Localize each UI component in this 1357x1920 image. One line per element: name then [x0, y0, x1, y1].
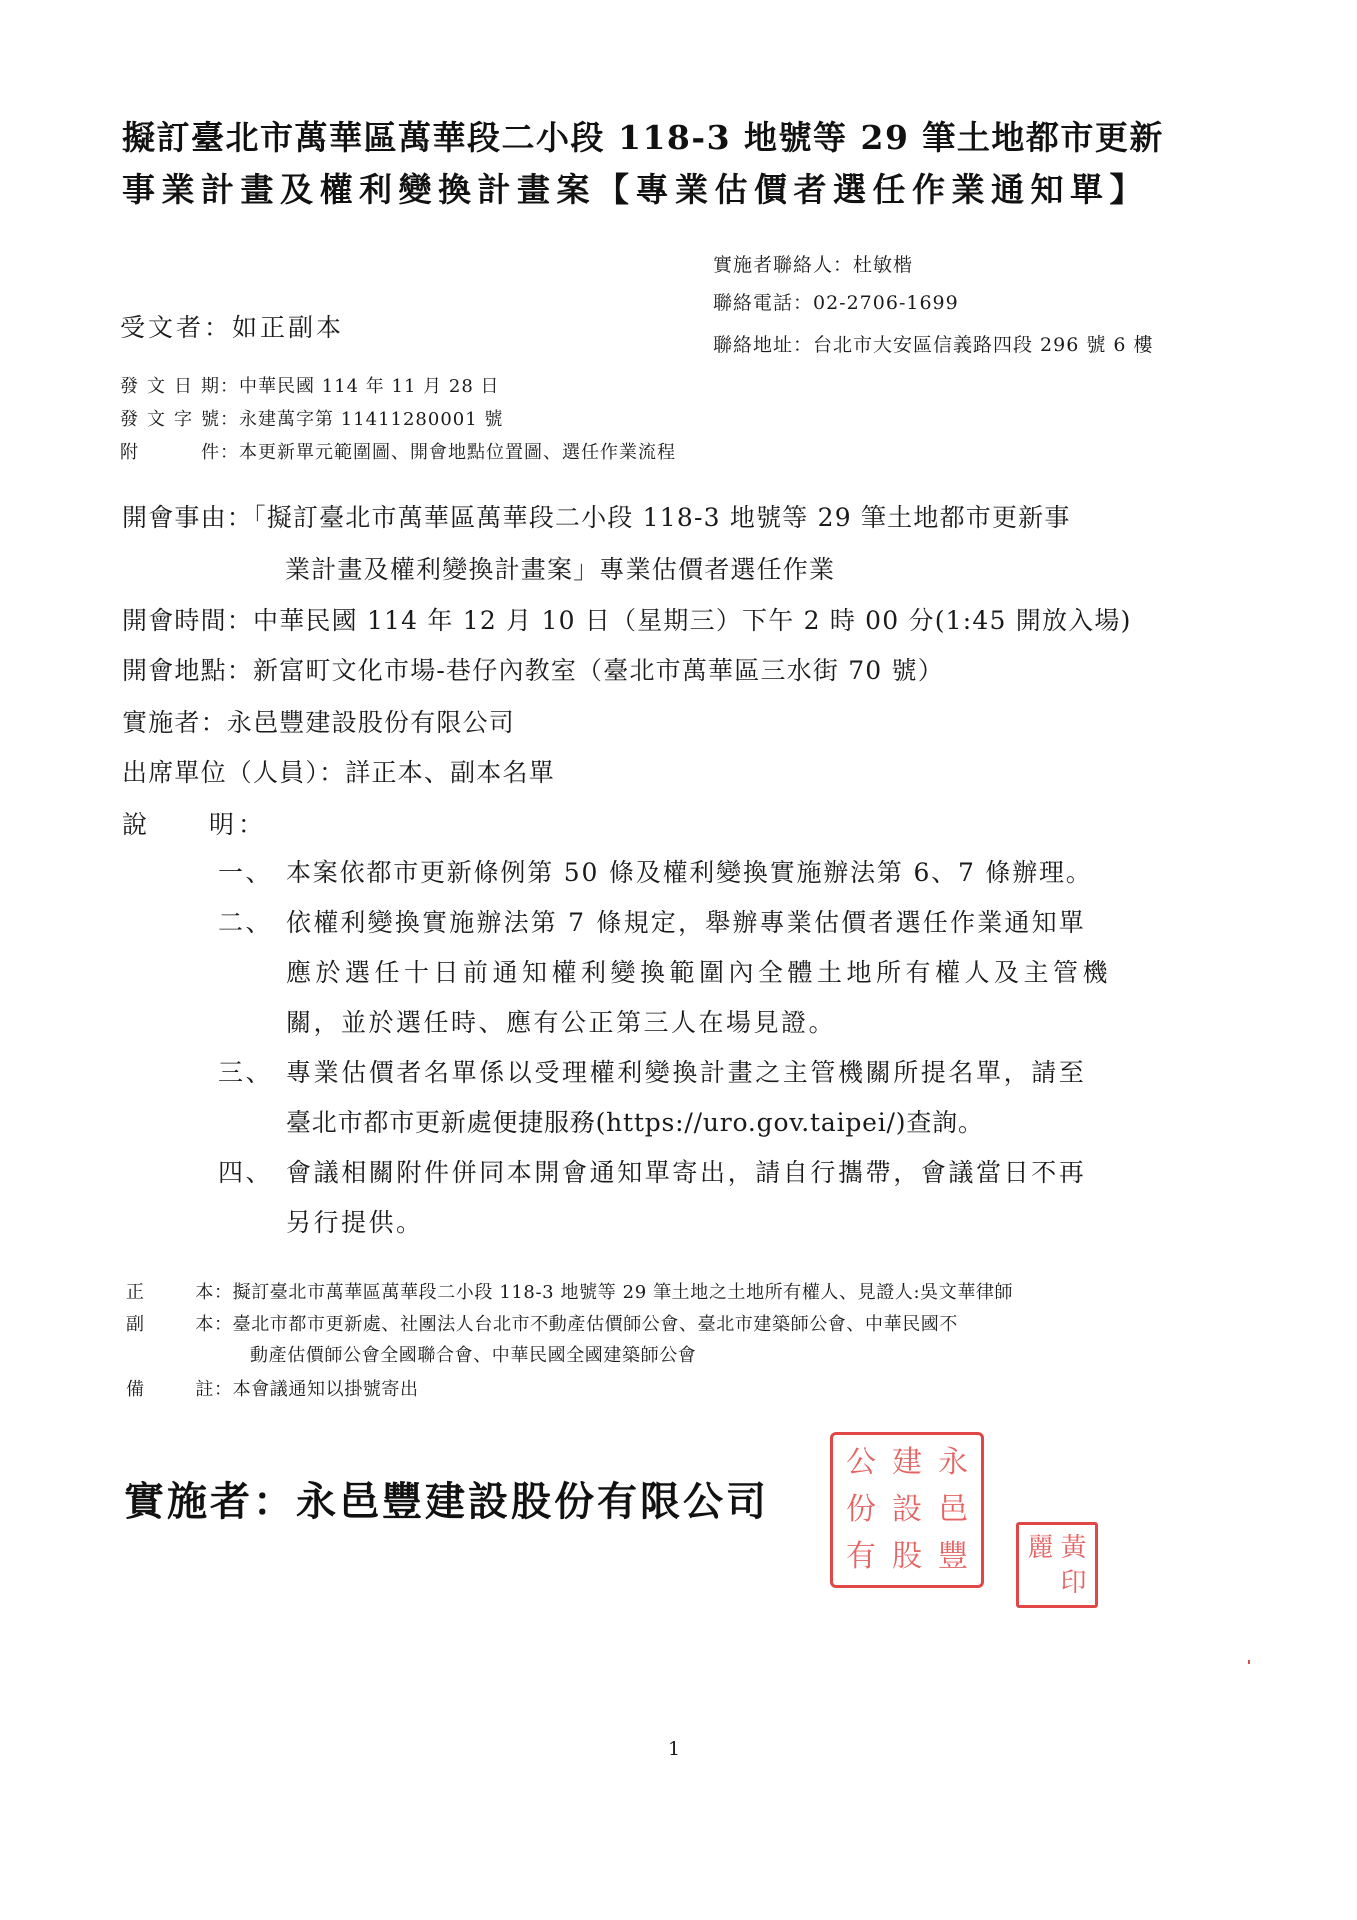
item-3-number: 三、 — [218, 1053, 273, 1089]
contact-person: 實施者聯絡人：杜敏楷 — [713, 250, 913, 277]
seal-char: 公 — [839, 1441, 883, 1486]
item-2-line-1: 依權利變換實施辦法第 7 條規定，舉辦專業估價者選任作業通知單 — [286, 903, 1086, 939]
item-1-line-1: 本案依都市更新條例第 50 條及權利變換實施辦法第 6、7 條辦理。 — [286, 853, 1093, 889]
item-3-line-2: 臺北市都市更新處便捷服務(https://uro.gov.taipei/)查詢。 — [286, 1103, 984, 1139]
seal-char: 份 — [839, 1488, 883, 1533]
original-recipients: 正本：擬訂臺北市萬華區萬華段二小段 118-3 地號等 29 筆土地之土地所有權… — [126, 1278, 1013, 1304]
seal-char: 黃 — [1058, 1531, 1089, 1564]
copy-recipients: 副本：臺北市都市更新處、社團法人台北市不動產估價師公會、臺北市建築師公會、中華民… — [126, 1310, 958, 1336]
page-number: 1 — [668, 1738, 680, 1760]
personal-seal-stamp: 麗 黃 印 — [1016, 1522, 1098, 1608]
explanation-label: 說 明： — [122, 805, 267, 841]
issue-date-value: ：中華民國 114 年 11 月 28 日 — [220, 376, 500, 397]
seal-char: 麗 — [1025, 1531, 1056, 1564]
contact-phone: 聯絡電話：02-2706-1699 — [713, 288, 959, 315]
meeting-reason-cont: 業計畫及權利變換計畫案」專業估價者選任作業 — [285, 550, 835, 586]
note-value: ：本會議通知以掛號寄出 — [214, 1379, 419, 1400]
implementer: 實施者：永邑豐建設股份有限公司 — [122, 703, 515, 739]
copy-recipients-cont: 動產估價師公會全國聯合會、中華民國全國建築師公會 — [250, 1341, 696, 1367]
item-4-number: 四、 — [218, 1153, 273, 1189]
issue-number: 發文字號：永建萬字第 11411280001 號 — [120, 405, 503, 431]
issue-number-label: 發文字號 — [120, 405, 220, 431]
attendees: 出席單位（人員）：詳正本、副本名單 — [122, 753, 555, 789]
title-line-1: 擬訂臺北市萬華區萬華段二小段 118-3 地號等 29 筆土地都市更新 — [122, 112, 1164, 159]
seal-char: 設 — [885, 1488, 929, 1533]
item-2-line-3: 關，並於選任時、應有公正第三人在場見證。 — [286, 1003, 836, 1039]
original-label: 正本 — [126, 1278, 214, 1304]
company-seal-stamp: 公 建 永 份 設 邑 有 股 豐 — [830, 1432, 984, 1588]
issue-date-label: 發文日期 — [120, 372, 220, 398]
item-2-line-2: 應於選任十日前通知權利變換範圍內全體土地所有權人及主管機 — [286, 953, 1112, 989]
seal-char: 股 — [885, 1534, 929, 1579]
meeting-time: 開會時間：中華民國 114 年 12 月 10 日（星期三）下午 2 時 00 … — [122, 601, 1132, 637]
scan-speck — [1248, 1660, 1250, 1664]
issue-date: 發文日期：中華民國 114 年 11 月 28 日 — [120, 372, 500, 398]
seal-char: 有 — [839, 1534, 883, 1579]
signature-implementer: 實施者：永邑豐建設股份有限公司 — [124, 1470, 769, 1527]
meeting-reason: 開會事由：「擬訂臺北市萬華區萬華段二小段 118-3 地號等 29 筆土地都市更… — [122, 498, 1071, 534]
contact-address: 聯絡地址：台北市大安區信義路四段 296 號 6 樓 — [713, 330, 1154, 357]
seal-char: 印 — [1058, 1566, 1089, 1599]
recipient: 受文者：如正副本 — [120, 308, 344, 344]
item-2-number: 二、 — [218, 903, 273, 939]
item-4-line-2: 另行提供。 — [286, 1203, 424, 1239]
attachments: 附件：本更新單元範圍圖、開會地點位置圖、選任作業流程 — [120, 438, 676, 464]
copy-label: 副本 — [126, 1310, 214, 1336]
issue-number-value: ：永建萬字第 11411280001 號 — [220, 409, 503, 430]
original-value: ：擬訂臺北市萬華區萬華段二小段 118-3 地號等 29 筆土地之土地所有權人、… — [214, 1282, 1013, 1303]
attachments-label: 附件 — [120, 438, 220, 464]
item-3-line-1: 專業估價者名單係以受理權利變換計畫之主管機關所提名單，請至 — [286, 1053, 1086, 1089]
seal-char: 豐 — [931, 1534, 975, 1579]
note-label: 備註 — [126, 1375, 214, 1401]
seal-char — [1025, 1566, 1056, 1599]
item-1-number: 一、 — [218, 853, 273, 889]
note: 備註：本會議通知以掛號寄出 — [126, 1375, 419, 1401]
seal-char: 永 — [931, 1441, 975, 1486]
title-line-2: 事業計畫及權利變換計畫案【專業估價者選任作業通知單】 — [122, 164, 1149, 211]
seal-char: 邑 — [931, 1488, 975, 1533]
copy-value: ：臺北市都市更新處、社團法人台北市不動產估價師公會、臺北市建築師公會、中華民國不 — [214, 1314, 958, 1335]
seal-char: 建 — [885, 1441, 929, 1486]
item-4-line-1: 會議相關附件併同本開會通知單寄出，請自行攜帶，會議當日不再 — [286, 1153, 1086, 1189]
attachments-value: ：本更新單元範圍圖、開會地點位置圖、選任作業流程 — [220, 442, 676, 463]
meeting-location: 開會地點：新富町文化市場-巷仔內教室（臺北市萬華區三水街 70 號） — [122, 651, 944, 687]
